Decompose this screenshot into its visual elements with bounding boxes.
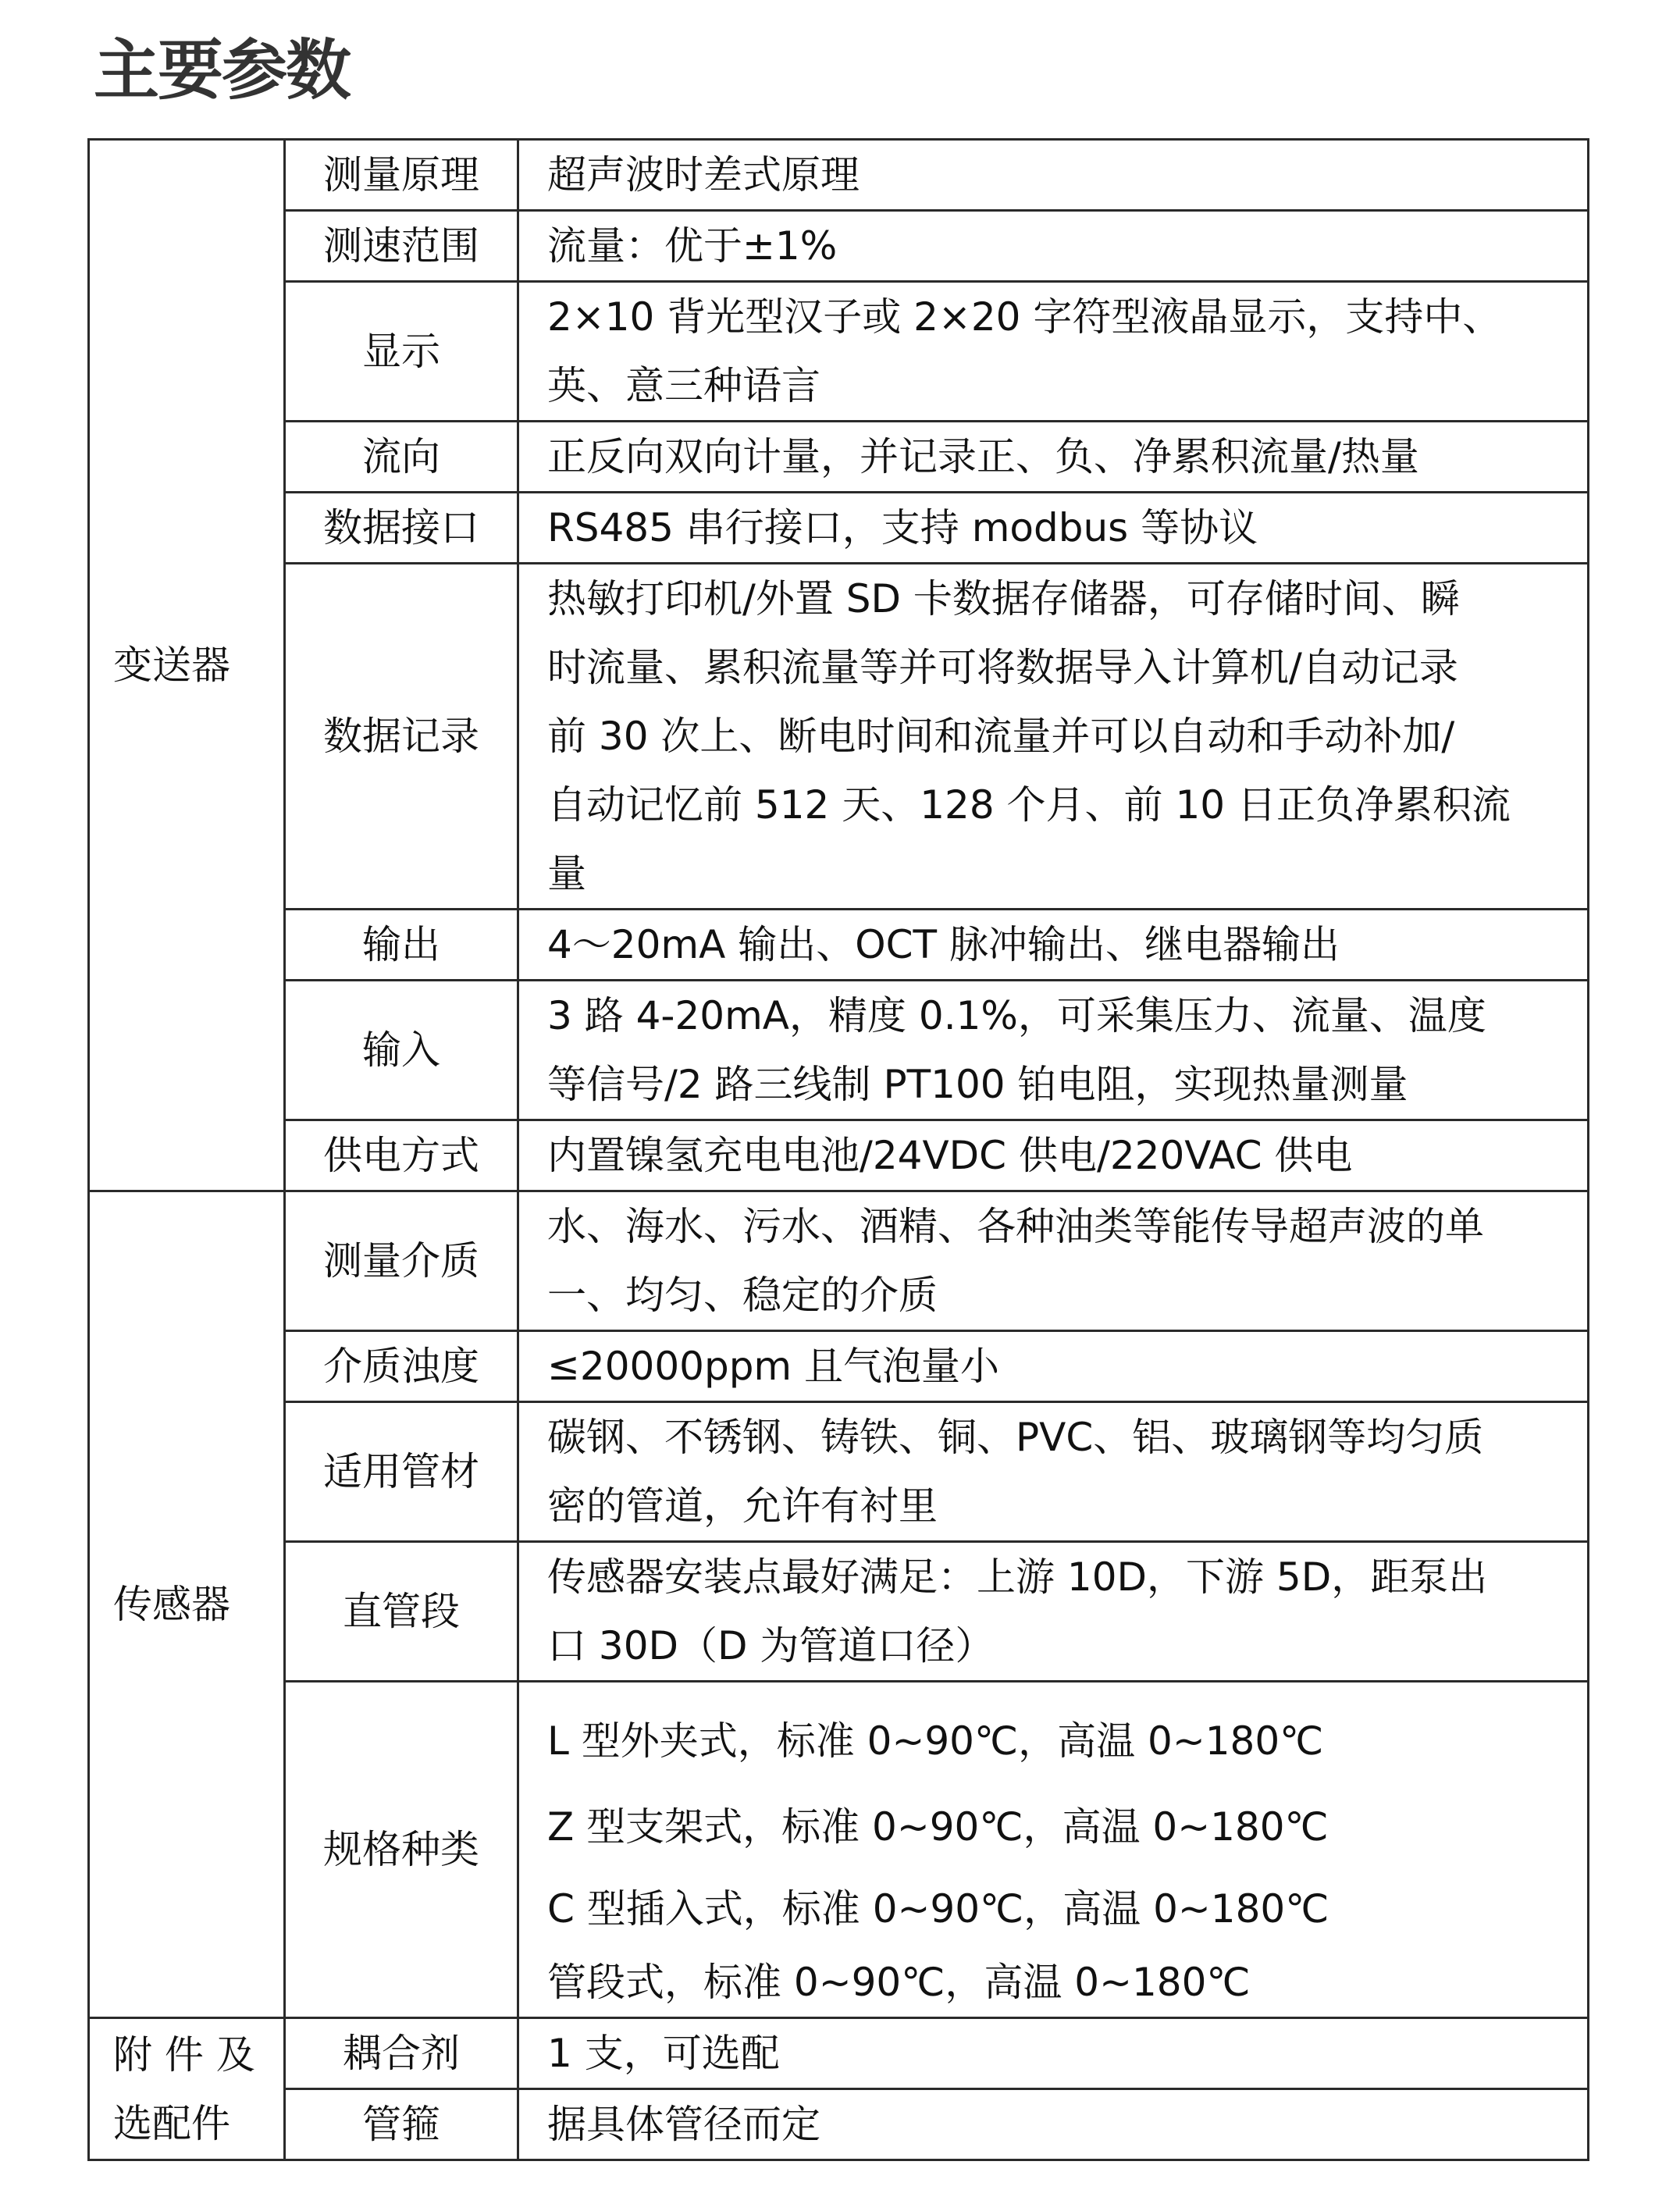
param-label: 管箍 bbox=[285, 2089, 518, 2160]
table-row: 规格种类 L 型外夹式，标准 0~90℃，高温 0~180℃ Z 型支架式，标准… bbox=[89, 1682, 1589, 2018]
table-row: 直管段 传感器安装点最好满足：上游 10D，下游 5D，距泵出 口 30D（D … bbox=[89, 1542, 1589, 1682]
table-row: 变送器 测量原理 超声波时差式原理 bbox=[89, 140, 1589, 211]
param-label: 测量介质 bbox=[285, 1191, 518, 1331]
param-label: 测量原理 bbox=[285, 140, 518, 211]
param-label: 规格种类 bbox=[285, 1682, 518, 2018]
param-value: 流量：优于±1% bbox=[518, 211, 1589, 282]
param-label: 介质浊度 bbox=[285, 1331, 518, 1402]
param-value: 1 支，可选配 bbox=[518, 2018, 1589, 2089]
param-label: 流向 bbox=[285, 422, 518, 493]
table-row: 适用管材 碳钢、不锈钢、铸铁、铜、PVC、铝、玻璃钢等均匀质 密的管道，允许有衬… bbox=[89, 1402, 1589, 1542]
param-label: 数据记录 bbox=[285, 564, 518, 910]
param-label: 耦合剂 bbox=[285, 2018, 518, 2089]
param-value: L 型外夹式，标准 0~90℃，高温 0~180℃ Z 型支架式，标准 0~90… bbox=[518, 1682, 1589, 2018]
table-row: 测速范围 流量：优于±1% bbox=[89, 211, 1589, 282]
table-row: 输入 3 路 4-20mA，精度 0.1%，可采集压力、流量、温度 等信号/2 … bbox=[89, 981, 1589, 1120]
param-value: 3 路 4-20mA，精度 0.1%，可采集压力、流量、温度 等信号/2 路三线… bbox=[518, 981, 1589, 1120]
param-value: ≤20000ppm 且气泡量小 bbox=[518, 1331, 1589, 1402]
table-row: 供电方式 内置镍氢充电电池/24VDC 供电/220VAC 供电 bbox=[89, 1120, 1589, 1191]
param-value: 水、海水、污水、酒精、各种油类等能传导超声波的单 一、均匀、稳定的介质 bbox=[518, 1191, 1589, 1331]
param-value: 内置镍氢充电电池/24VDC 供电/220VAC 供电 bbox=[518, 1120, 1589, 1191]
param-value: RS485 串行接口，支持 modbus 等协议 bbox=[518, 493, 1589, 564]
param-label: 供电方式 bbox=[285, 1120, 518, 1191]
group-sensor: 传感器 bbox=[89, 1191, 285, 2018]
table-row: 传感器 测量介质 水、海水、污水、酒精、各种油类等能传导超声波的单 一、均匀、稳… bbox=[89, 1191, 1589, 1331]
table-row: 显示 2×10 背光型汉子或 2×20 字符型液晶显示，支持中、 英、意三种语言 bbox=[89, 282, 1589, 422]
param-value: 2×10 背光型汉子或 2×20 字符型液晶显示，支持中、 英、意三种语言 bbox=[518, 282, 1589, 422]
param-label: 直管段 bbox=[285, 1542, 518, 1682]
table-row: 管箍 据具体管径而定 bbox=[89, 2089, 1589, 2160]
param-value: 正反向双向计量，并记录正、负、净累积流量/热量 bbox=[518, 422, 1589, 493]
param-label: 显示 bbox=[285, 282, 518, 422]
param-label: 数据接口 bbox=[285, 493, 518, 564]
table-row: 数据接口 RS485 串行接口，支持 modbus 等协议 bbox=[89, 493, 1589, 564]
group-transmitter: 变送器 bbox=[89, 140, 285, 1191]
param-label: 测速范围 bbox=[285, 211, 518, 282]
param-value: 碳钢、不锈钢、铸铁、铜、PVC、铝、玻璃钢等均匀质 密的管道，允许有衬里 bbox=[518, 1402, 1589, 1542]
table-row: 流向 正反向双向计量，并记录正、负、净累积流量/热量 bbox=[89, 422, 1589, 493]
param-label: 适用管材 bbox=[285, 1402, 518, 1542]
param-label: 输出 bbox=[285, 910, 518, 981]
param-value: 热敏打印机/外置 SD 卡数据存储器，可存储时间、瞬 时流量、累积流量等并可将数… bbox=[518, 564, 1589, 910]
param-value: 传感器安装点最好满足：上游 10D，下游 5D，距泵出 口 30D（D 为管道口… bbox=[518, 1542, 1589, 1682]
param-label: 输入 bbox=[285, 981, 518, 1120]
param-value: 超声波时差式原理 bbox=[518, 140, 1589, 211]
param-value: 据具体管径而定 bbox=[518, 2089, 1589, 2160]
table-row: 附 件 及 选配件 耦合剂 1 支，可选配 bbox=[89, 2018, 1589, 2089]
param-value: 4～20mA 输出、OCT 脉冲输出、继电器输出 bbox=[518, 910, 1589, 981]
page-title: 主要参数 bbox=[94, 37, 350, 103]
table-row: 介质浊度 ≤20000ppm 且气泡量小 bbox=[89, 1331, 1589, 1402]
group-accessories: 附 件 及 选配件 bbox=[89, 2018, 285, 2160]
parameters-table: 变送器 测量原理 超声波时差式原理 测速范围 流量：优于±1% 显示 2×10 … bbox=[87, 138, 1589, 2161]
table-row: 数据记录 热敏打印机/外置 SD 卡数据存储器，可存储时间、瞬 时流量、累积流量… bbox=[89, 564, 1589, 910]
table-row: 输出 4～20mA 输出、OCT 脉冲输出、继电器输出 bbox=[89, 910, 1589, 981]
